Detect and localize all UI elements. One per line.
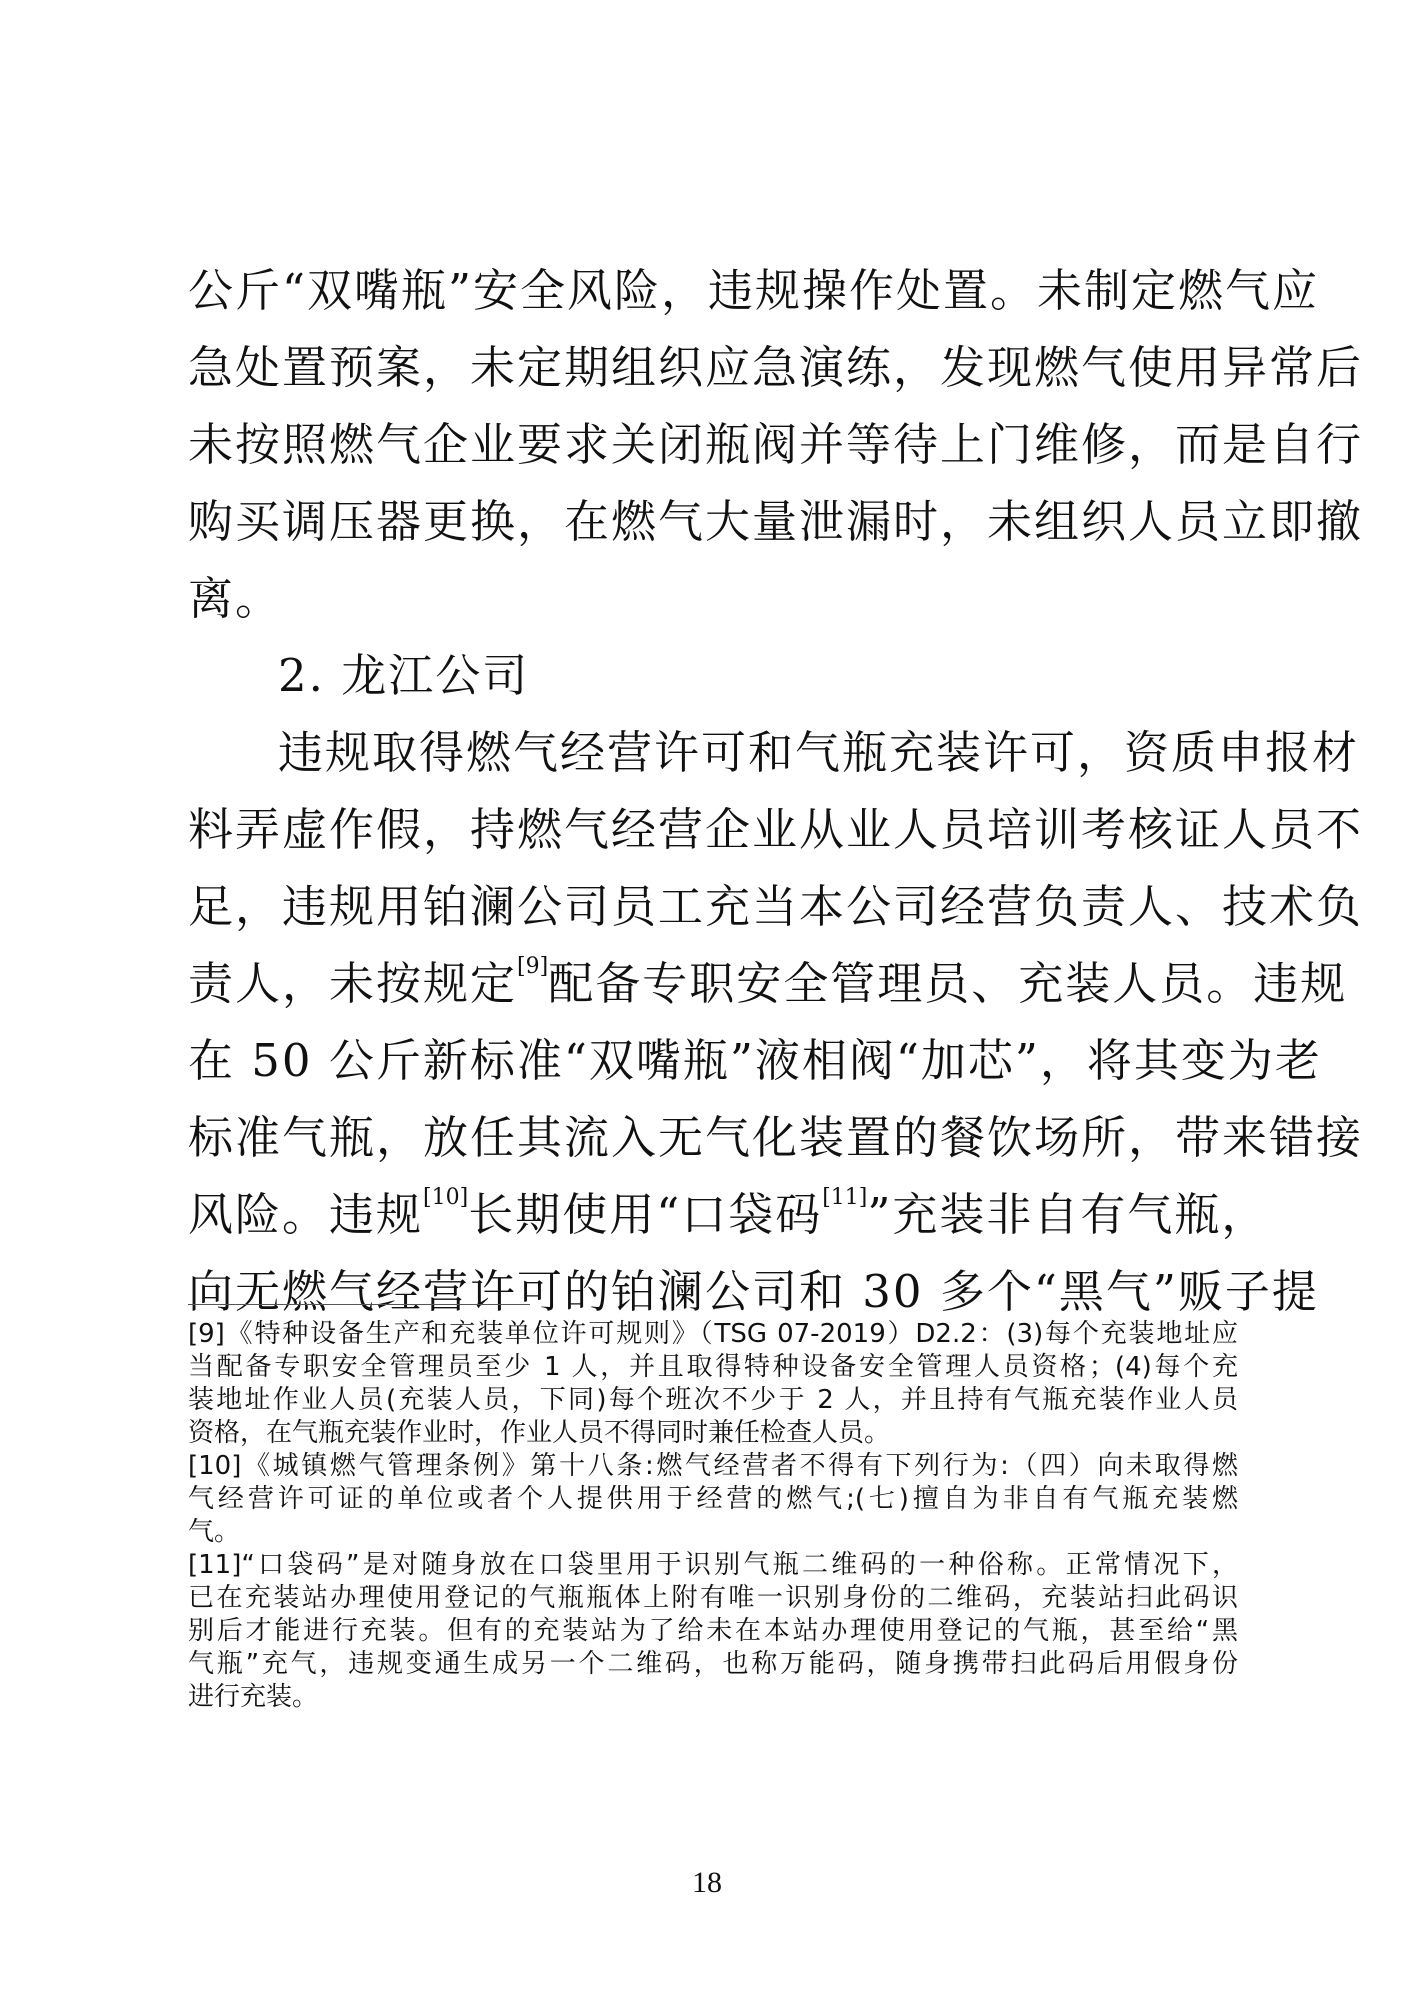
footnote-line: 别后才能进行充装。但有的充装站为了给未在本站办理使用登记的气瓶，甚至给“黑 [188, 1615, 1238, 1648]
footnote-11: [11]“口袋码”是对随身放在口袋里用于识别气瓶二维码的一种俗称。正常情况下， … [188, 1549, 1238, 1714]
footnote-line: [9]《特种设备生产和充装单位许可规则》（TSG 07-2019）D2.2：(3… [188, 1318, 1238, 1351]
footnote-line: 气瓶”充气，违规变通生成另一个二维码，也称万能码，随身携带扫此码后用假身份 [188, 1648, 1238, 1681]
footnote-line: 装地址作业人员(充装人员，下同)每个班次不少于 2 人，并且持有气瓶充装作业人员 [188, 1384, 1238, 1417]
text-run: 配备专职安全管理员、充装人员。违规 [548, 957, 1347, 1010]
footnote-line: 气经营许可证的单位或者个人提供用于经营的燃气;(七)擅自为非自有气瓶充装燃 [188, 1483, 1238, 1516]
body-line: 离。 [188, 560, 1238, 637]
body-line: 标准气瓶，放任其流入无气化装置的餐饮场所，带来错接 [188, 1099, 1238, 1176]
text-run: ”充装非自有气瓶， [867, 1188, 1268, 1241]
footnote-10: [10]《城镇燃气管理条例》第十八条:燃气经营者不得有下列行为:（四）向未取得燃… [188, 1450, 1238, 1549]
footnotes: [9]《特种设备生产和充装单位许可规则》（TSG 07-2019）D2.2：(3… [188, 1318, 1238, 1714]
footnote-ref-10[interactable]: [10] [423, 1185, 468, 1210]
page-number: 18 [0, 1866, 1414, 1900]
body-text: 公斤“双嘴瓶”安全风险，违规操作处置。未制定燃气应 急处置预案，未定期组织应急演… [188, 252, 1238, 1330]
footnote-ref-11[interactable]: [11] [822, 1185, 867, 1210]
text-run: 风险。违规 [188, 1188, 423, 1241]
body-line: 风险。违规[10]长期使用“口袋码[11]”充装非自有气瓶， [188, 1176, 1238, 1253]
body-line: 购买调压器更换，在燃气大量泄漏时，未组织人员立即撤 [188, 483, 1238, 560]
footnote-line: 当配备专职安全管理员至少 1 人，并且取得特种设备安全管理人员资格；(4)每个充 [188, 1351, 1238, 1384]
text-run: 责人，未按规定 [188, 957, 517, 1010]
body-line: 足，违规用铂澜公司员工充当本公司经营负责人、技术负 [188, 868, 1238, 945]
body-line: 未按照燃气企业要求关闭瓶阀并等待上门维修，而是自行 [188, 406, 1238, 483]
footnote-line: [11]“口袋码”是对随身放在口袋里用于识别气瓶二维码的一种俗称。正常情况下， [188, 1549, 1238, 1582]
footnote-line: 已在充装站办理使用登记的气瓶瓶体上附有唯一识别身份的二维码，充装站扫此码识 [188, 1582, 1238, 1615]
section-heading: 2. 龙江公司 [188, 637, 1238, 714]
footnote-line: [10]《城镇燃气管理条例》第十八条:燃气经营者不得有下列行为:（四）向未取得燃 [188, 1450, 1238, 1483]
body-line: 公斤“双嘴瓶”安全风险，违规操作处置。未制定燃气应 [188, 252, 1238, 329]
text-run: 长期使用“口袋码 [468, 1188, 822, 1241]
document-page: 公斤“双嘴瓶”安全风险，违规操作处置。未制定燃气应 急处置预案，未定期组织应急演… [0, 0, 1414, 2000]
footnote-line: 进行充装。 [188, 1681, 1238, 1714]
footnote-ref-9[interactable]: [9] [517, 954, 548, 979]
footnote-separator [188, 1304, 530, 1305]
body-line: 在 50 公斤新标准“双嘴瓶”液相阀“加芯”，将其变为老 [188, 1022, 1238, 1099]
body-line: 违规取得燃气经营许可和气瓶充装许可，资质申报材 [188, 714, 1238, 791]
footnote-9: [9]《特种设备生产和充装单位许可规则》（TSG 07-2019）D2.2：(3… [188, 1318, 1238, 1450]
body-line: 责人，未按规定[9]配备专职安全管理员、充装人员。违规 [188, 945, 1238, 1022]
footnote-line: 气。 [188, 1516, 1238, 1549]
body-line: 急处置预案，未定期组织应急演练，发现燃气使用异常后 [188, 329, 1238, 406]
body-line: 料弄虚作假，持燃气经营企业从业人员培训考核证人员不 [188, 791, 1238, 868]
footnote-line: 资格，在气瓶充装作业时，作业人员不得同时兼任检查人员。 [188, 1417, 1238, 1450]
